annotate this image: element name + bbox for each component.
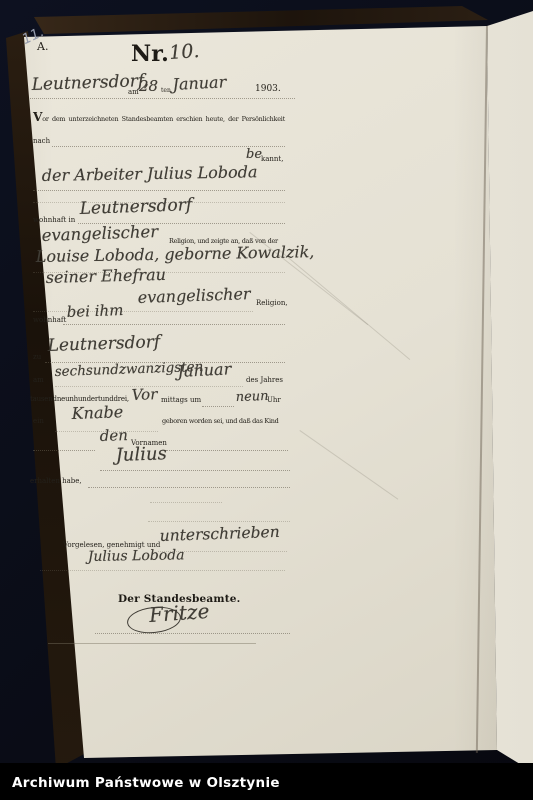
ruled-line bbox=[166, 450, 288, 451]
date-month: Januar bbox=[172, 72, 227, 94]
child-name-entry: Julius bbox=[115, 443, 167, 466]
residence2-entry: bei ihm bbox=[66, 301, 123, 321]
declarant-signature: Julius Loboda bbox=[88, 547, 185, 565]
ruled-line bbox=[63, 324, 285, 325]
time-value-entry: neun bbox=[235, 389, 268, 405]
date-year: 1903. bbox=[255, 84, 281, 94]
mother-relation-entry: seiner Ehefrau bbox=[46, 265, 167, 287]
religion1-entry: evangelischer bbox=[41, 222, 158, 245]
record-number-value: 10. bbox=[168, 40, 200, 64]
ruled-line bbox=[202, 406, 234, 407]
den-entry: den bbox=[99, 426, 128, 445]
ruled-line bbox=[30, 98, 295, 99]
am2-label: am bbox=[33, 376, 44, 384]
ruled-line bbox=[33, 450, 95, 451]
form-letter: A. bbox=[37, 40, 48, 53]
religion2-entry: evangelischer bbox=[137, 284, 250, 307]
mittags-um-label: mittags um bbox=[161, 396, 201, 404]
born-printed-text: geboren worden sei, und daß das Kind bbox=[162, 417, 279, 425]
ruled-line bbox=[95, 633, 290, 634]
uhr-label: Uhr bbox=[267, 396, 281, 404]
record-number-label: Nr. bbox=[131, 41, 169, 67]
birth-month-entry: Januar bbox=[177, 359, 232, 381]
birth-place-entry: Leutnersdorf bbox=[47, 332, 160, 356]
archive-caption: Archiwum Państwowe w Olsztynie bbox=[12, 775, 280, 791]
date-day: 28 bbox=[139, 77, 158, 95]
ruled-line bbox=[88, 487, 290, 488]
ruled-line bbox=[150, 502, 222, 503]
bekannt-handwritten: be bbox=[246, 147, 262, 162]
declarant-entry: der Arbeiter Julius Loboda bbox=[42, 162, 258, 185]
ruled-line bbox=[33, 190, 285, 191]
registrar-signature: Fritze bbox=[148, 599, 210, 627]
caption-band: Archiwum Państwowe w Olsztynie bbox=[0, 763, 533, 800]
nach-label: nach bbox=[33, 137, 50, 145]
residence-entry: Leutnersdorf bbox=[79, 195, 192, 219]
wohnhaft-label: wohnhaft bbox=[33, 316, 66, 324]
time-prefix-entry: Vor bbox=[131, 385, 157, 404]
wohnhaft-in-label: wohnhaft in bbox=[33, 216, 75, 224]
zu-label: zu bbox=[33, 353, 41, 361]
ein-label: ein bbox=[33, 417, 44, 425]
erhalten-habe-label: erhalten habe, bbox=[30, 477, 82, 485]
intro-printed-text: Vor dem unterzeichneten Standesbeamten e… bbox=[33, 110, 285, 125]
des-jahres-label: des Jahres bbox=[246, 376, 283, 384]
ruled-line bbox=[40, 570, 285, 571]
ruled-line bbox=[48, 643, 256, 644]
ruled-line bbox=[100, 470, 290, 471]
ruled-line bbox=[148, 521, 290, 522]
child-sex-entry: Knabe bbox=[71, 402, 123, 423]
religion2-printed: Religion, bbox=[256, 299, 288, 307]
archival-scan: 11. A. Nr. 10. Leutnersdorf, am 28 ten J… bbox=[0, 0, 533, 800]
date-ten-label: ten bbox=[161, 87, 171, 94]
date-am-label: am bbox=[128, 88, 139, 96]
bekannt-printed: kannt, bbox=[261, 155, 283, 163]
